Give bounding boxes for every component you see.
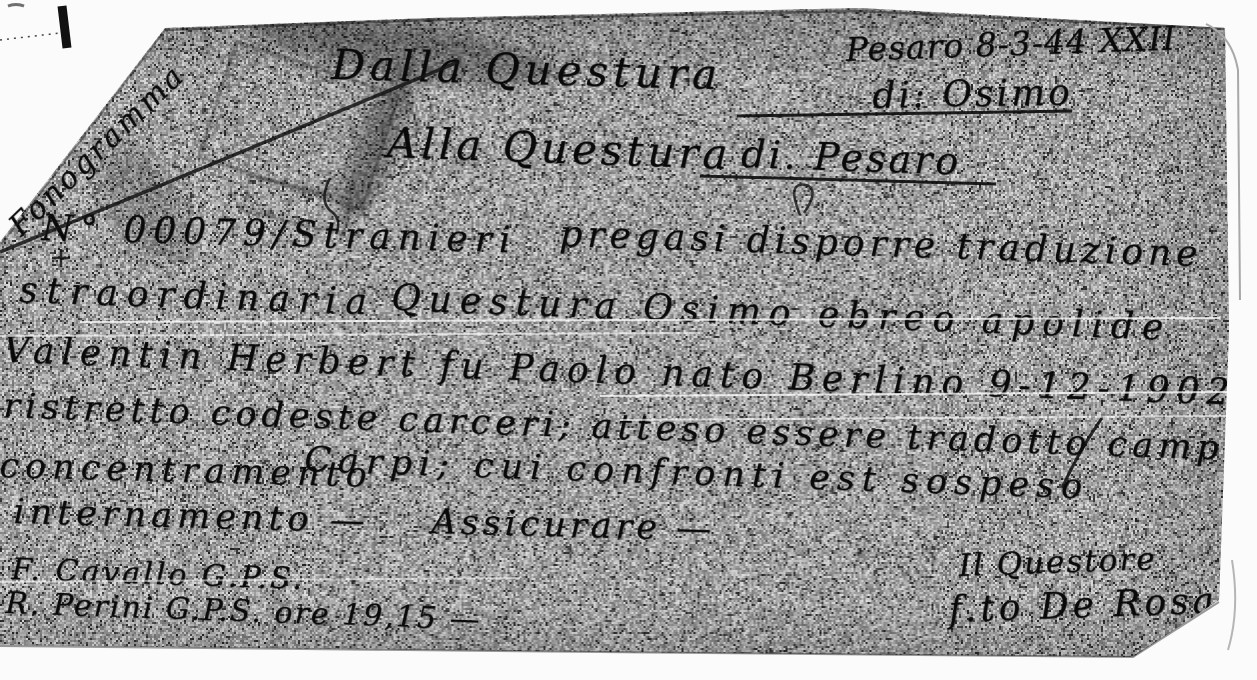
black-margin-bar [62, 6, 67, 48]
signature-right-title: Il Questore [958, 541, 1157, 584]
margin-smudge [8, 5, 24, 7]
page-curl-line [1228, 560, 1235, 650]
scanned-document: Pesaro 8-3-44 XXII Dalla Questura di: Os… [0, 0, 1257, 680]
body-line-6-rest: Assicurare — [431, 502, 716, 549]
header-to-place: di. Pesaro [740, 132, 962, 184]
header-from-label: Dalla Questura [331, 40, 723, 99]
header-from-place: di: Osimo [872, 73, 1073, 117]
dotted-pencil-line [0, 33, 60, 40]
photocopied-paper: Pesaro 8-3-44 XXII Dalla Questura di: Os… [0, 0, 1257, 680]
